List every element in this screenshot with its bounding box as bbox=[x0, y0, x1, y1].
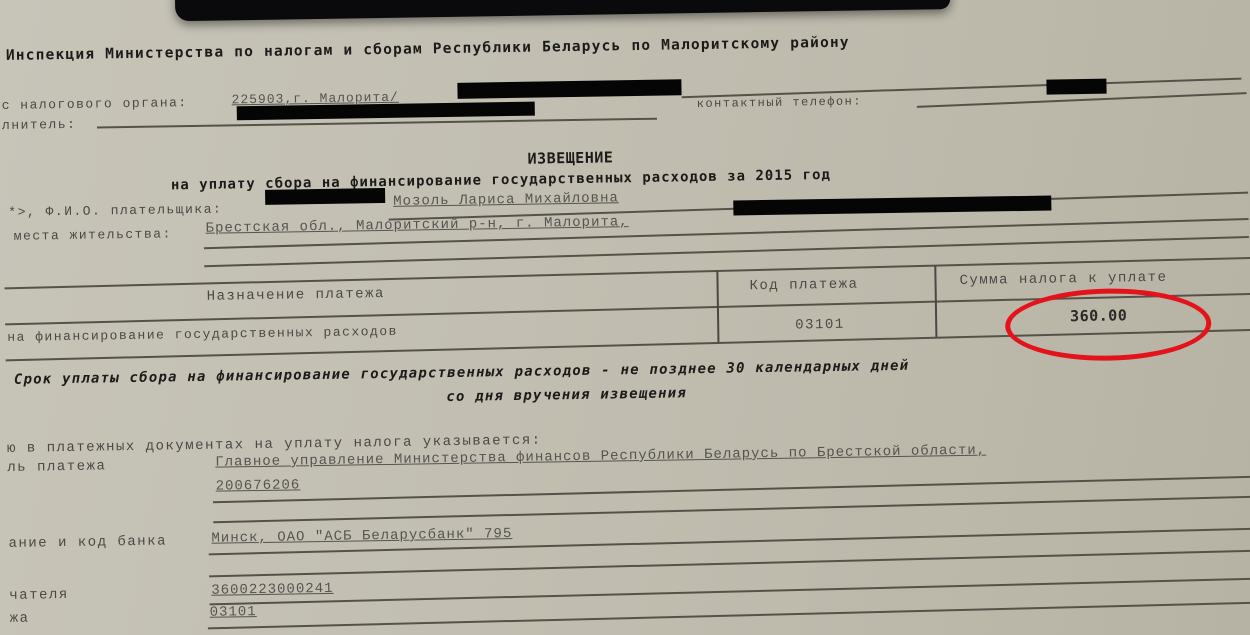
payer-name-value: Мозоль Лариса Михайловна bbox=[393, 190, 619, 210]
executor-underline bbox=[97, 118, 657, 129]
table-cell-purpose: на финансирование государственных расход… bbox=[7, 324, 398, 345]
tax-notice-document: Инспекция Министерства по налогам и сбор… bbox=[0, 0, 1250, 635]
payment-code-underline bbox=[208, 602, 1250, 630]
authority-heading: Инспекция Министерства по налогам и сбор… bbox=[6, 35, 850, 64]
redaction-phone bbox=[1046, 79, 1106, 95]
payment-code-value: 03101 bbox=[210, 604, 257, 621]
deadline-line-1: Срок уплаты сбора на финансирование госу… bbox=[14, 358, 910, 388]
tax-office-address-label: с налогового органа: bbox=[2, 95, 188, 113]
bank-value: Минск, ОАО "АСБ Беларусбанк" 795 bbox=[211, 526, 512, 547]
table-header-code: Код платежа bbox=[749, 277, 858, 295]
account-underline bbox=[210, 578, 1250, 606]
payment-code-label: жа bbox=[10, 611, 30, 627]
contact-phone-label: контактный телефон: bbox=[697, 94, 863, 111]
recipient-label: ль платежа bbox=[7, 458, 106, 476]
table-header-amount: Сумма налога к уплате bbox=[959, 270, 1167, 289]
redaction-address bbox=[457, 79, 681, 99]
recipient-value-line-2: 200676206 bbox=[216, 477, 301, 494]
residence-value: Брестская обл., Малоритский р-н, г. Мало… bbox=[205, 214, 628, 237]
deadline-line-2: со дня вручения извещения bbox=[446, 385, 687, 405]
table-header-purpose: Назначение платежа bbox=[207, 286, 385, 305]
notice-title: ИЗВЕЩЕНИЕ bbox=[527, 148, 613, 167]
table-cell-code: 03101 bbox=[795, 317, 845, 334]
phone-underline bbox=[917, 92, 1247, 108]
payer-name-label: *>, Ф.И.О. плательщика: bbox=[8, 202, 222, 220]
recipient-underline-2 bbox=[213, 496, 1250, 524]
redaction-residence bbox=[733, 196, 1051, 216]
executor-label: лнитель: bbox=[2, 117, 77, 133]
account-label: чателя bbox=[9, 587, 69, 604]
redaction-payer-id bbox=[265, 188, 385, 205]
dark-object-top-edge bbox=[175, 0, 950, 21]
bank-label: ание и код банка bbox=[8, 533, 167, 551]
bank-underline-2 bbox=[209, 550, 1250, 578]
account-value: 3600223000241 bbox=[211, 581, 333, 599]
residence-label: места жительства: bbox=[14, 226, 172, 243]
